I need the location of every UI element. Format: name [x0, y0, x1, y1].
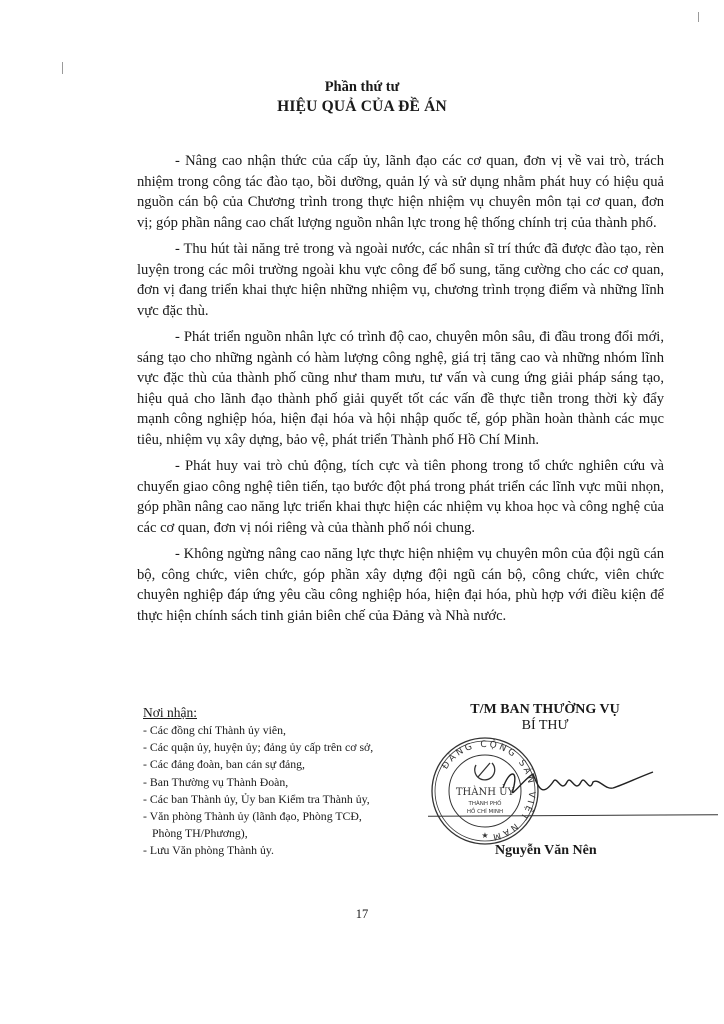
handwritten-signature: [495, 760, 655, 810]
recipient-item: - Lưu Văn phòng Thành ủy.: [143, 842, 373, 859]
paragraph: - Nâng cao nhận thức của cấp ủy, lãnh đạ…: [137, 151, 664, 233]
recipient-item: - Các đồng chí Thành ủy viên,: [143, 722, 373, 739]
document-title: HIỆU QUẢ CỦA ĐỀ ÁN: [0, 98, 724, 116]
recipient-item: - Ban Thường vụ Thành Đoàn,: [143, 774, 373, 791]
part-label: Phần thứ tư: [0, 79, 724, 96]
page-number: 17: [0, 907, 724, 922]
paragraph: - Không ngừng nâng cao năng lực thực hiệ…: [137, 544, 664, 626]
paragraph: - Phát triển nguồn nhân lực có trình độ …: [137, 327, 664, 450]
paragraph: - Thu hút tài năng trẻ trong và ngoài nư…: [137, 239, 664, 321]
signer-name: Nguyễn Văn Nên: [495, 843, 597, 859]
recipient-item: - Văn phòng Thành ủy (lãnh đạo, Phòng TC…: [143, 808, 373, 825]
recipient-item: - Các quận ủy, huyện ủy; đảng ủy cấp trê…: [143, 739, 373, 756]
scan-artifact: [698, 12, 699, 22]
recipient-item: - Các ban Thành ủy, Ủy ban Kiểm tra Thàn…: [143, 791, 373, 808]
recipients-list: Nơi nhận: - Các đồng chí Thành ủy viên, …: [143, 704, 373, 860]
signer-role: BÍ THƯ: [430, 718, 660, 734]
recipients-label: Nơi nhận:: [143, 704, 373, 722]
recipient-item: Phòng TH/Phương),: [143, 825, 373, 842]
signature-underline: [428, 814, 718, 817]
recipient-item: - Các đảng đoàn, ban cán sự đảng,: [143, 756, 373, 773]
signature-block: T/M BAN THƯỜNG VỤ BÍ THƯ: [430, 702, 660, 734]
svg-text:★: ★: [481, 831, 488, 840]
paragraph: - Phát huy vai trò chủ động, tích cực và…: [137, 456, 664, 538]
signing-organization: T/M BAN THƯỜNG VỤ: [430, 702, 660, 718]
hammer-sickle-icon: [475, 763, 495, 780]
scan-artifact: [62, 62, 63, 74]
document-body: - Nâng cao nhận thức của cấp ủy, lãnh đạ…: [137, 151, 664, 632]
